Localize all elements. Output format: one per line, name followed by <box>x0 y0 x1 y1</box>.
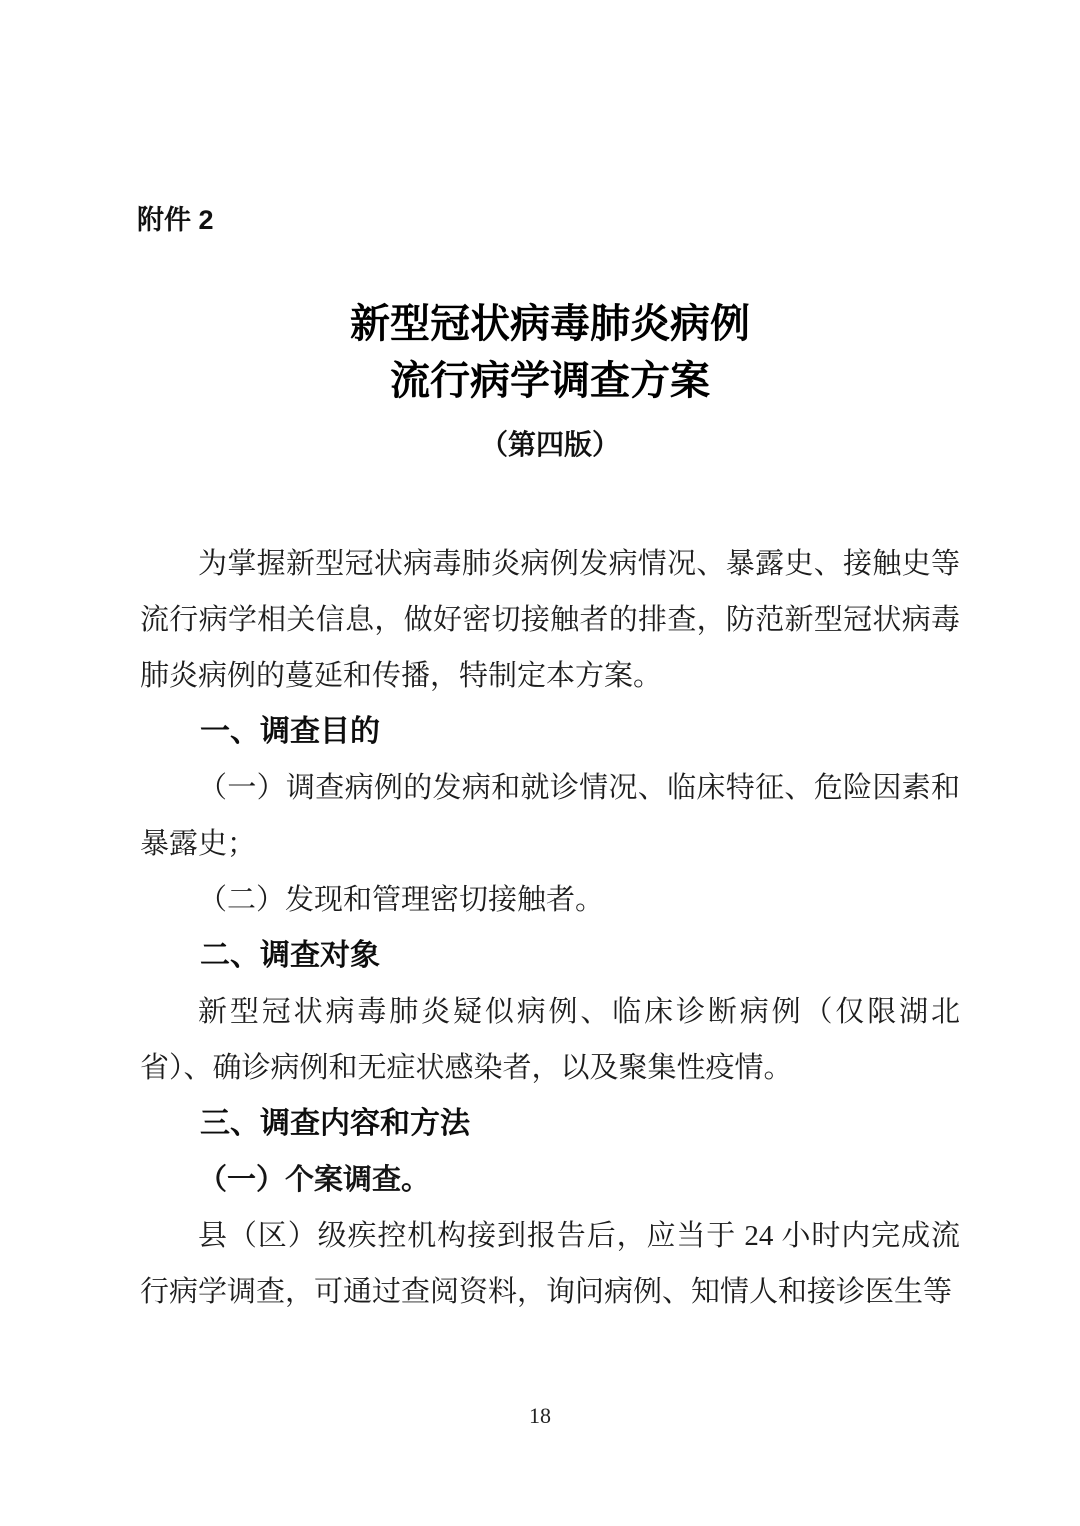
attachment-label: 附件 2 <box>137 205 214 235</box>
section-3-body: 县（区）级疾控机构接到报告后，应当于 24 小时内完成流行病学调查，可通过查阅资… <box>140 1208 960 1320</box>
document-title-line-2: 流行病学调查方案 <box>140 352 960 409</box>
document-body: 为掌握新型冠状病毒肺炎病例发病情况、暴露史、接触史等流行病学相关信息，做好密切接… <box>140 536 960 1320</box>
section-1-item-2: （二）发现和管理密切接触者。 <box>140 872 960 928</box>
section-3-subheading: （一）个案调查。 <box>140 1152 960 1208</box>
document-title: 新型冠状病毒肺炎病例 流行病学调查方案 <box>140 295 960 409</box>
section-3-heading: 三、调查内容和方法 <box>140 1096 960 1152</box>
document-edition: （第四版） <box>140 428 960 464</box>
section-1-heading: 一、调查目的 <box>140 704 960 760</box>
intro-paragraph: 为掌握新型冠状病毒肺炎病例发病情况、暴露史、接触史等流行病学相关信息，做好密切接… <box>140 536 960 704</box>
page-number: 18 <box>0 1402 1080 1430</box>
section-2-heading: 二、调查对象 <box>140 928 960 984</box>
section-1-item-1: （一）调查病例的发病和就诊情况、临床特征、危险因素和暴露史； <box>140 760 960 872</box>
section-2-body: 新型冠状病毒肺炎疑似病例、临床诊断病例（仅限湖北省）、确诊病例和无症状感染者，以… <box>140 984 960 1096</box>
document-page: 附件 2 新型冠状病毒肺炎病例 流行病学调查方案 （第四版） 为掌握新型冠状病毒… <box>0 0 1080 1526</box>
document-title-line-1: 新型冠状病毒肺炎病例 <box>140 295 960 352</box>
